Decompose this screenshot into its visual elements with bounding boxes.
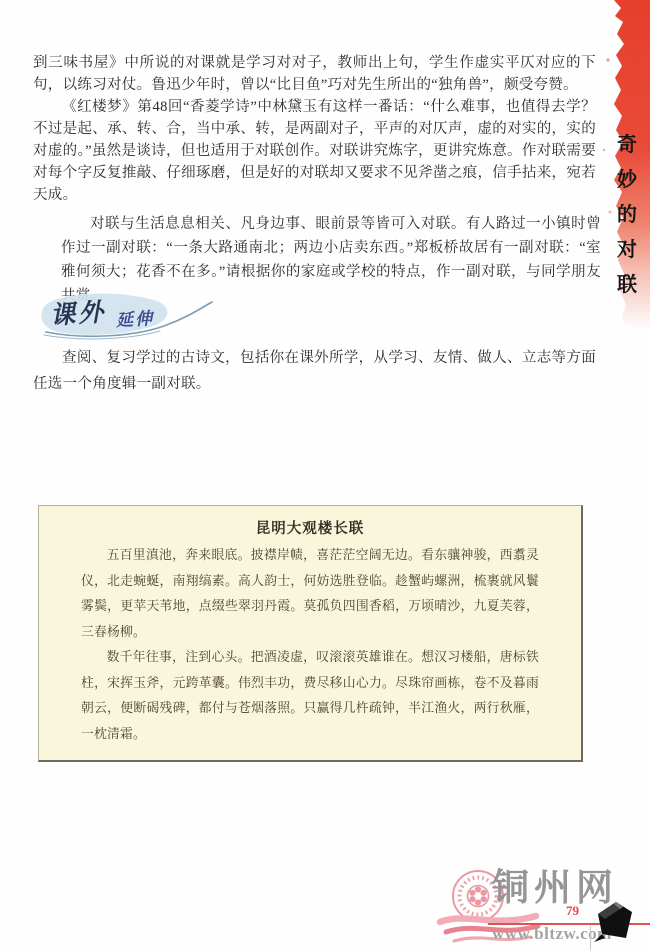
section-header-text-main: 课外 bbox=[49, 292, 107, 332]
section-header-text-sub: 延伸 bbox=[115, 304, 154, 331]
couplet-paragraph: 五百里滇池，奔来眼底。披襟岸帻，喜茫茫空阔无边。看东骧神骏，西翥灵仪，北走蜿蜒，… bbox=[81, 543, 539, 645]
chapter-title-vertical: 奇 妙 的 对 联 bbox=[610, 128, 644, 297]
chapter-title-char: 联 bbox=[617, 268, 637, 297]
body-paragraph: 到三味书屋》中所说的对课就是学习对对子，教师出上句，学生作虚实平仄对应的下句，以… bbox=[33, 52, 596, 96]
couplet-paragraph: 数千年往事，注到心头。把酒凌虚，叹滚滚英雄谁在。想汉习楼船，唐标铁柱，宋挥玉斧，… bbox=[81, 645, 539, 747]
body-text-block: 到三味书屋》中所说的对课就是学习对对子，教师出上句，学生作虚实平仄对应的下句，以… bbox=[33, 52, 596, 308]
couplet-title: 昆明大观楼长联 bbox=[81, 517, 539, 538]
chapter-title-char: 妙 bbox=[617, 163, 637, 192]
textbook-page: 奇 妙 的 对 联 到三味书屋》中所说的对课就是学习对对子，教师出上句，学生作虚… bbox=[0, 0, 650, 950]
body-paragraph: 《红楼梦》第48回“香菱学诗”中林黛玉有这样一番话：“什么难事，也值得去学？不过… bbox=[33, 96, 596, 206]
chapter-title-char: 的 bbox=[617, 198, 637, 227]
corner-fold-icon bbox=[592, 898, 638, 944]
footer-hairline bbox=[590, 926, 591, 950]
exercise-paragraph: 查阅、复习学过的古诗文，包括你在课外所学，从学习、友情、做人、立志等方面任选一个… bbox=[33, 345, 596, 397]
page-number: 79 bbox=[566, 903, 579, 919]
chapter-title-char: 奇 bbox=[617, 128, 637, 157]
couplet-box: 昆明大观楼长联 五百里滇池，奔来眼底。披襟岸帻，喜茫茫空阔无边。看东骧神骏，西翥… bbox=[38, 505, 583, 762]
chapter-title-char: 对 bbox=[617, 233, 637, 262]
section-header-badge: 课外 延伸 bbox=[36, 288, 226, 346]
